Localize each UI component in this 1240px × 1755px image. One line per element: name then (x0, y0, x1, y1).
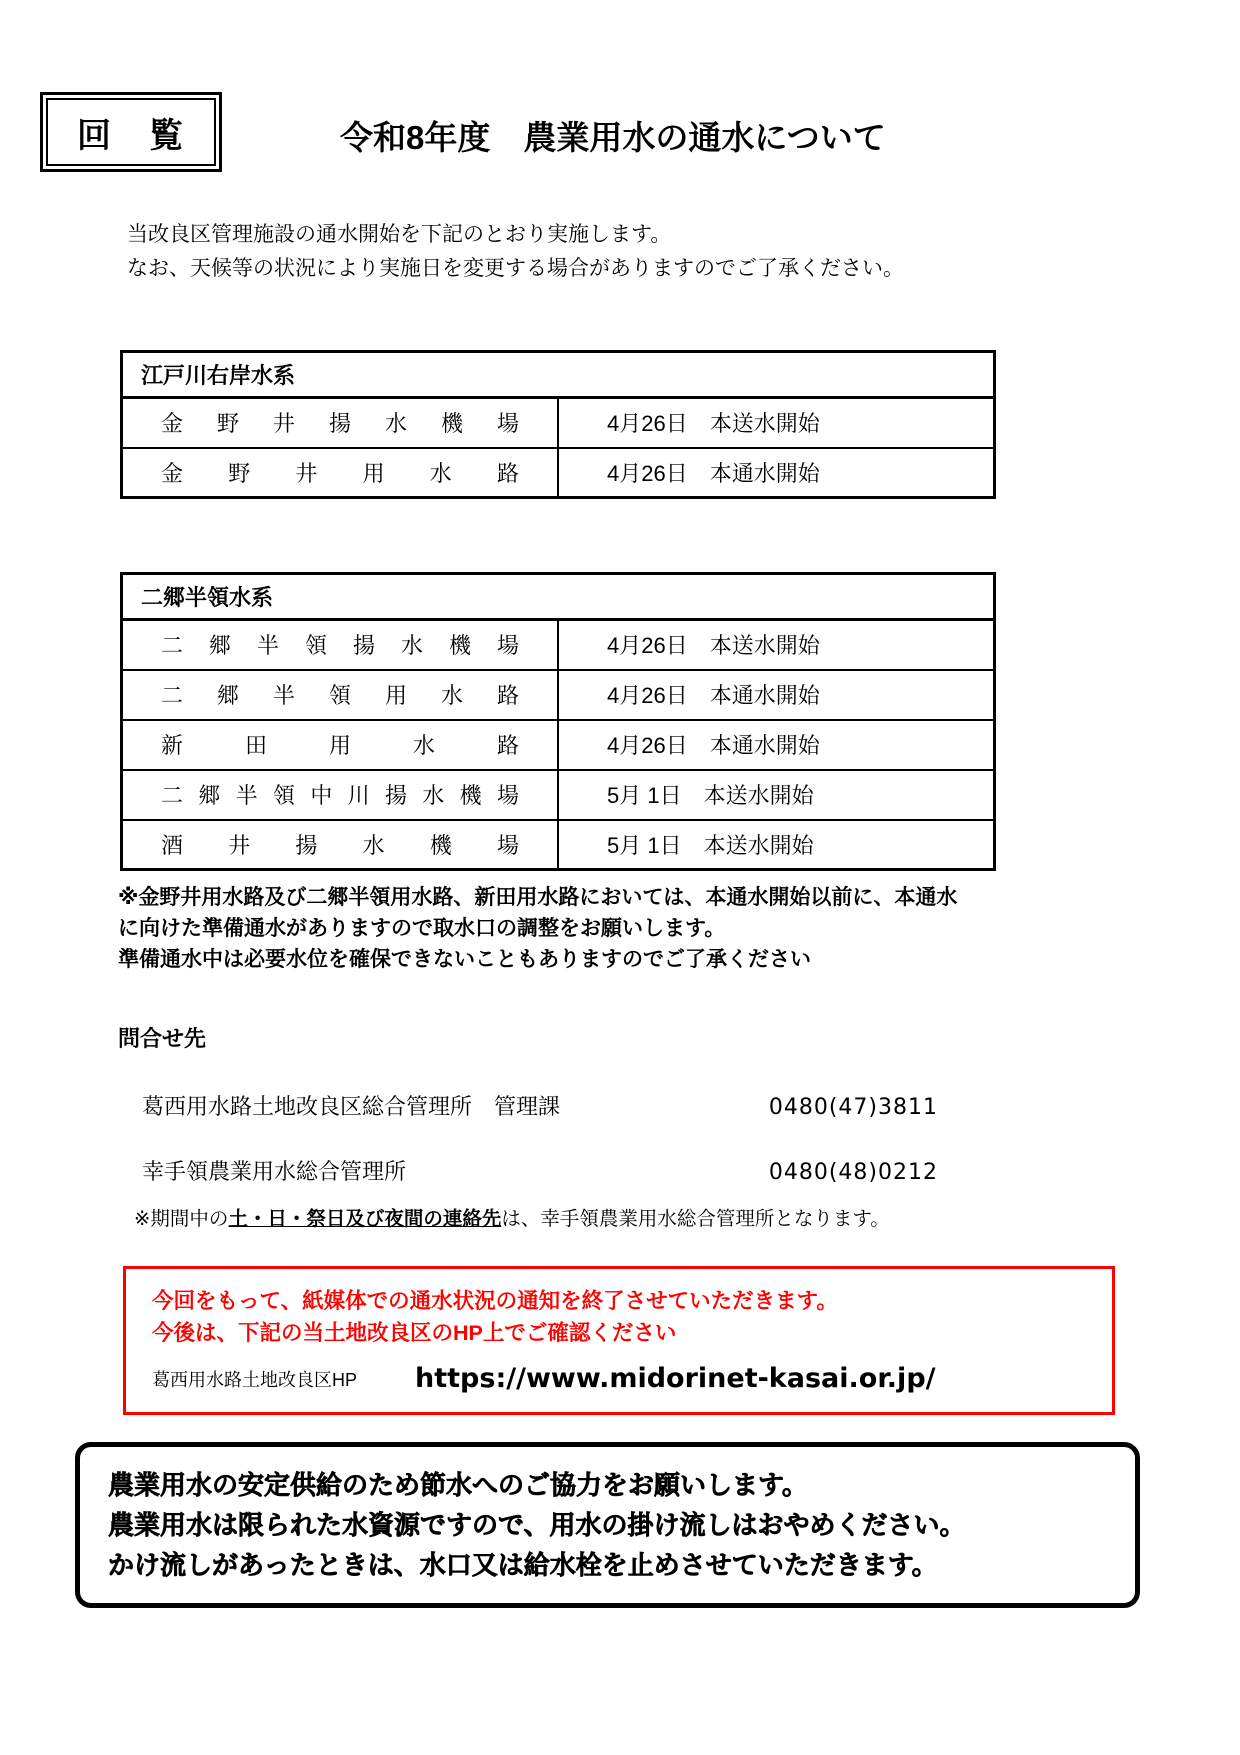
circulation-stamp-inner-border: 回 覧 (46, 98, 216, 166)
conservation-line-1: 農業用水の安定供給のため節水へのご協力をお願いします。 (108, 1465, 1107, 1505)
facility-name: 酒井揚水機場 (122, 820, 559, 870)
notice-document: 回 覧 令和8年度 農業用水の通水について 当改良区管理施設の通水開始を下記のと… (0, 0, 1240, 1755)
note-line-1: ※金野井用水路及び二郷半領用水路、新田用水路においては、本通水開始以前に、本通水 (118, 882, 1158, 913)
intro-line-1: 当改良区管理施設の通水開始を下記のとおり実施します。 (127, 218, 904, 252)
contact-heading: 問合せ先 (118, 1022, 206, 1053)
facility-name: 二郷半領中川揚水機場 (122, 770, 559, 820)
schedule-value: 5月 1日 本送水開始 (558, 820, 995, 870)
contact-name: 葛西用水路土地改良区総合管理所 管理課 (142, 1090, 560, 1121)
contact-phone: 0480(48)0212 (769, 1160, 938, 1185)
hp-url: https://www.midorinet-kasai.or.jp/ (415, 1363, 936, 1394)
schedule-value: 4月26日 本通水開始 (558, 720, 995, 770)
contact-phone: 0480(47)3811 (769, 1095, 938, 1120)
schedule-value: 4月26日 本通水開始 (558, 448, 995, 498)
conservation-line-2: 農業用水は限られた水資源ですので、用水の掛け流しはおやめください。 (108, 1505, 1107, 1545)
contact-footnote: ※期間中の土・日・祭日及び夜間の連絡先は、幸手領農業用水総合管理所となります。 (134, 1203, 890, 1231)
facility-name: 金野井揚水機場 (122, 398, 559, 448)
facility-name: 新田用水路 (122, 720, 559, 770)
contact-entry: 葛西用水路土地改良区総合管理所 管理課 0480(47)3811 (142, 1090, 938, 1121)
web-notice-line-1: 今回をもって、紙媒体での通水状況の通知を終了させていただきます。 (152, 1285, 1086, 1317)
footnote-suffix: は、幸手領農業用水総合管理所となります。 (501, 1208, 889, 1230)
note-line-3: 準備通水中は必要水位を確保できないこともありますのでご了承ください (118, 944, 1158, 975)
facility-name: 二郷半領揚水機場 (122, 620, 559, 670)
preparatory-flow-note: ※金野井用水路及び二郷半領用水路、新田用水路においては、本通水開始以前に、本通水… (118, 882, 1158, 975)
table-header-row: 二郷半領水系 (122, 574, 995, 620)
table-row: 二郷半領揚水機場 4月26日 本送水開始 (122, 620, 995, 670)
table-header-row: 江戸川右岸水系 (122, 352, 995, 398)
circulation-stamp-label: 回 覧 (77, 108, 185, 157)
page-title: 令和8年度 農業用水の通水について (340, 112, 886, 159)
table-row: 金野井揚水機場 4月26日 本送水開始 (122, 398, 995, 448)
conservation-line-3: かけ流しがあったときは、水口又は給水栓を止めさせていただきます。 (108, 1545, 1107, 1585)
intro-paragraph: 当改良区管理施設の通水開始を下記のとおり実施します。 なお、天候等の状況により実… (127, 218, 904, 286)
circulation-stamp: 回 覧 (40, 92, 222, 172)
facility-name: 二郷半領用水路 (122, 670, 559, 720)
web-notice-line-2: 今後は、下記の当土地改良区のHP上でご確認ください (152, 1317, 1086, 1349)
web-notice-box: 今回をもって、紙媒体での通水状況の通知を終了させていただきます。 今後は、下記の… (123, 1266, 1115, 1415)
water-conservation-box: 農業用水の安定供給のため節水へのご協力をお願いします。 農業用水は限られた水資源… (75, 1442, 1140, 1608)
note-line-2: に向けた準備通水がありますので取水口の調整をお願いします。 (118, 913, 1158, 944)
schedule-value: 4月26日 本送水開始 (558, 398, 995, 448)
schedule-value: 4月26日 本通水開始 (558, 670, 995, 720)
nigohanryo-suikei-table: 二郷半領水系 二郷半領揚水機場 4月26日 本送水開始 二郷半領用水路 4月26… (120, 572, 996, 871)
edogawa-ugan-suikei-table: 江戸川右岸水系 金野井揚水機場 4月26日 本送水開始 金野井用水路 4月26日… (120, 350, 996, 499)
facility-name: 金野井用水路 (122, 448, 559, 498)
footnote-emphasis: 土・日・祭日及び夜間の連絡先 (228, 1208, 501, 1230)
schedule-value: 5月 1日 本送水開始 (558, 770, 995, 820)
table-row: 二郷半領中川揚水機場 5月 1日 本送水開始 (122, 770, 995, 820)
hp-row: 葛西用水路土地改良区HP https://www.midorinet-kasai… (152, 1363, 1086, 1394)
table-row: 新田用水路 4月26日 本通水開始 (122, 720, 995, 770)
table-row: 二郷半領用水路 4月26日 本通水開始 (122, 670, 995, 720)
footnote-prefix: ※期間中の (134, 1208, 228, 1230)
schedule-value: 4月26日 本送水開始 (558, 620, 995, 670)
contact-entry: 幸手領農業用水総合管理所 0480(48)0212 (142, 1155, 938, 1186)
table-row: 酒井揚水機場 5月 1日 本送水開始 (122, 820, 995, 870)
contact-name: 幸手領農業用水総合管理所 (142, 1155, 406, 1186)
table-row: 金野井用水路 4月26日 本通水開始 (122, 448, 995, 498)
intro-line-2: なお、天候等の状況により実施日を変更する場合がありますのでご了承ください。 (127, 252, 904, 286)
table-title: 江戸川右岸水系 (122, 352, 995, 398)
hp-label: 葛西用水路土地改良区HP (152, 1366, 357, 1392)
table-title: 二郷半領水系 (122, 574, 995, 620)
